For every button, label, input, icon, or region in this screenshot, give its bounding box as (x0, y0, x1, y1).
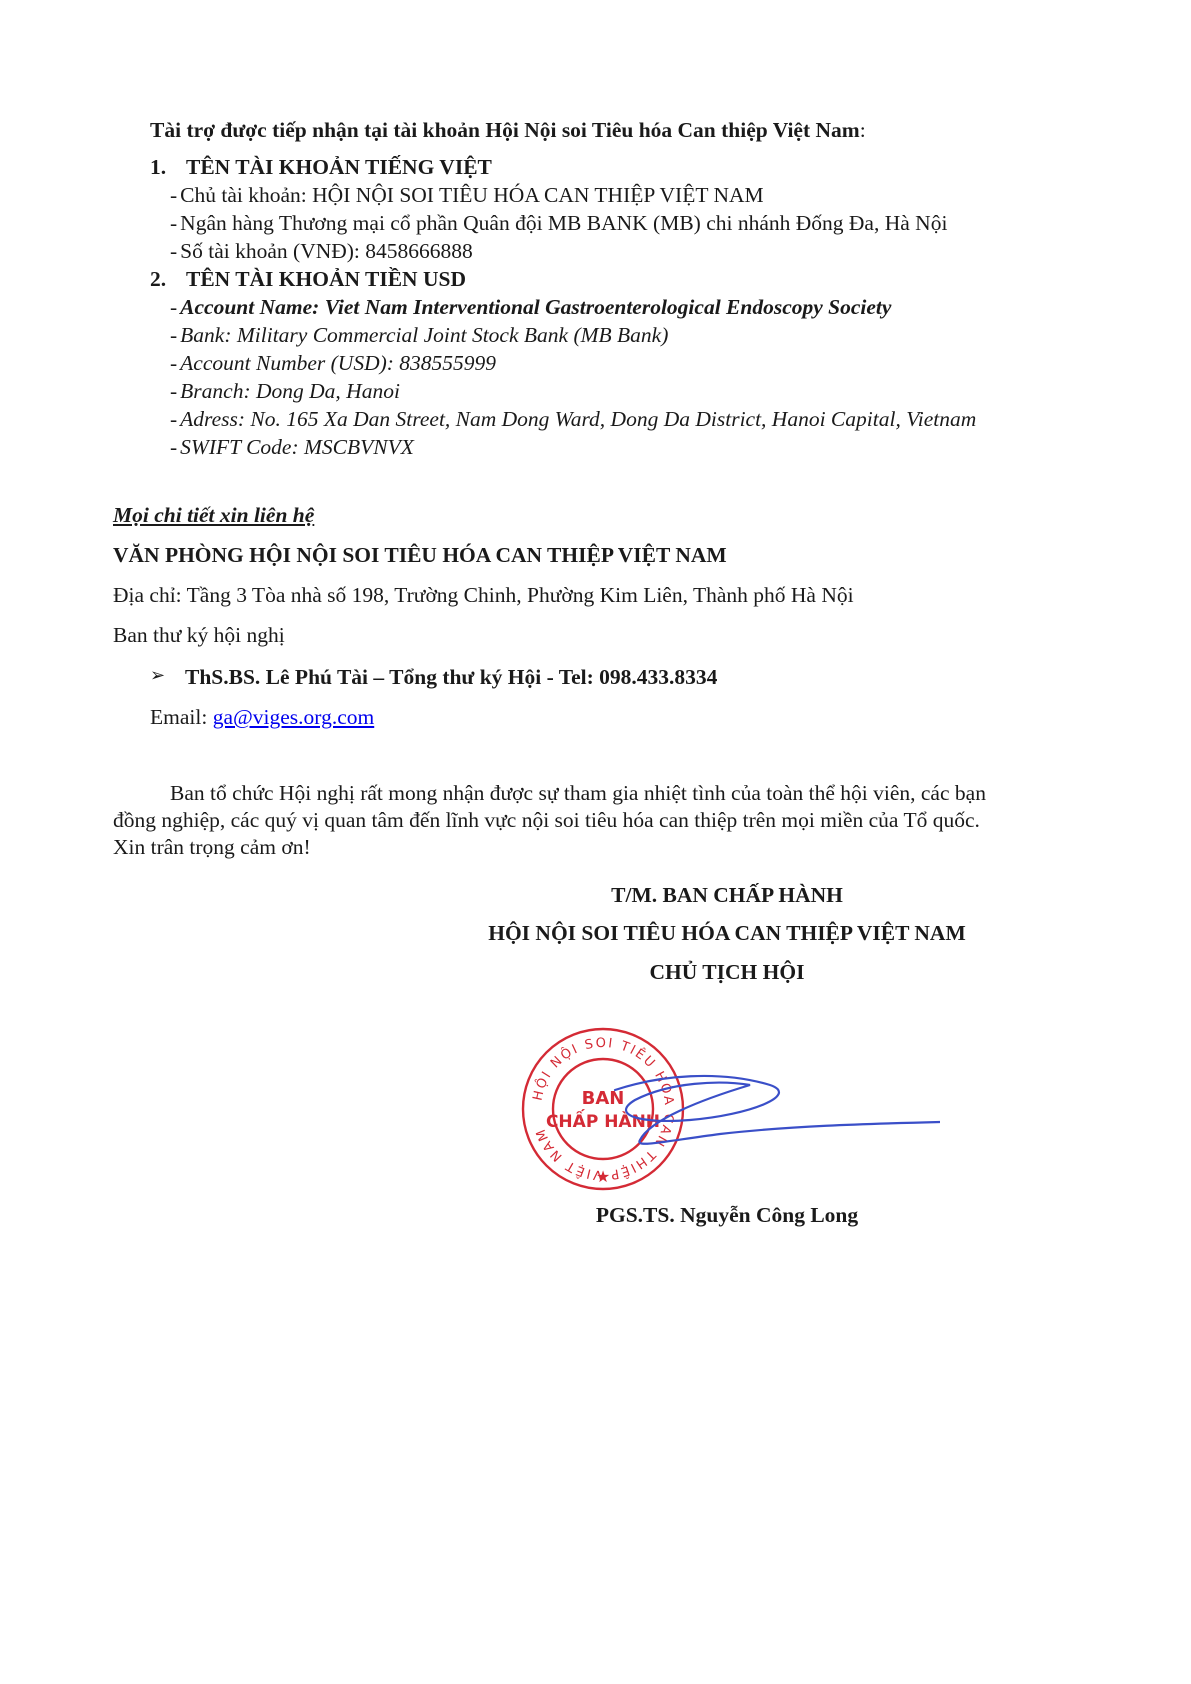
intro-heading: Tài trợ được tiếp nhận tại tài khoản Hội… (150, 117, 866, 143)
signature-title-1: T/M. BAN CHẤP HÀNH (430, 882, 1024, 908)
dash: - (170, 323, 177, 347)
dash: - (170, 407, 177, 431)
signature-title-3: CHỦ TỊCH HỘI (430, 959, 1024, 985)
intro-colon: : (860, 118, 866, 142)
account-1-heading: 1.TÊN TÀI KHOẢN TIẾNG VIỆT (150, 154, 492, 180)
office-address: Địa chỉ: Tầng 3 Tòa nhà số 198, Trường C… (113, 582, 854, 608)
account-2-address-text: Adress: No. 165 Xa Dan Street, Nam Dong … (180, 407, 976, 431)
account-1-owner: -Chủ tài khoản: HỘI NỘI SOI TIÊU HÓA CAN… (170, 182, 764, 208)
email-label: Email: (150, 705, 213, 729)
dash: - (170, 435, 177, 459)
handwritten-signature (600, 1060, 940, 1170)
account-1-bank: -Ngân hàng Thương mại cổ phần Quân đội M… (170, 210, 947, 236)
account-1-number: 1. (150, 154, 186, 180)
account-2-account-number-text: Account Number (USD): 838555999 (180, 351, 496, 375)
account-1-number-vnd: -Số tài khoản (VNĐ): 8458666888 (170, 238, 473, 264)
account-2-title: TÊN TÀI KHOẢN TIỀN USD (186, 267, 466, 291)
office-name: VĂN PHÒNG HỘI NỘI SOI TIÊU HÓA CAN THIỆP… (113, 542, 727, 568)
seal-star-icon: ★ (596, 1169, 610, 1186)
account-1-title: TÊN TÀI KHOẢN TIẾNG VIỆT (186, 155, 492, 179)
contact-email-line: Email: ga@viges.org.com (150, 704, 374, 730)
account-2-swift: -SWIFT Code: MSCBVNVX (170, 434, 414, 460)
account-2-swift-text: SWIFT Code: MSCBVNVX (180, 435, 414, 459)
account-2-branch-text: Branch: Dong Da, Hanoi (180, 379, 400, 403)
dash: - (170, 211, 177, 235)
closing-line-1: Ban tổ chức Hội nghị rất mong nhận được … (170, 780, 986, 806)
account-2-number: 2. (150, 266, 186, 292)
dash: - (170, 239, 177, 263)
account-2-heading: 2.TÊN TÀI KHOẢN TIỀN USD (150, 266, 466, 292)
closing-line-3: Xin trân trọng cảm ơn! (113, 834, 311, 860)
arrow-bullet-icon: ➢ (150, 665, 165, 686)
account-1-bank-text: Ngân hàng Thương mại cổ phần Quân đội MB… (180, 211, 947, 235)
account-1-number-text: Số tài khoản (VNĐ): 8458666888 (180, 239, 473, 263)
signer-name: PGS.TS. Nguyễn Công Long (430, 1202, 1024, 1228)
secretariat-label: Ban thư ký hội nghị (113, 622, 285, 648)
contact-heading: Mọi chi tiết xin liên hệ (113, 502, 314, 528)
account-2-name-text: Account Name: Viet Nam Interventional Ga… (180, 295, 891, 319)
signature-title-2: HỘI NỘI SOI TIÊU HÓA CAN THIỆP VIỆT NAM (430, 920, 1024, 946)
account-2-address: -Adress: No. 165 Xa Dan Street, Nam Dong… (170, 406, 976, 432)
account-2-name: -Account Name: Viet Nam Interventional G… (170, 294, 891, 320)
email-link[interactable]: ga@viges.org.com (213, 705, 375, 729)
intro-text: Tài trợ được tiếp nhận tại tài khoản Hội… (150, 118, 860, 142)
dash: - (170, 351, 177, 375)
dash: - (170, 295, 177, 319)
dash: - (170, 183, 177, 207)
account-1-owner-text: Chủ tài khoản: HỘI NỘI SOI TIÊU HÓA CAN … (180, 183, 763, 207)
contact-person: ThS.BS. Lê Phú Tài – Tổng thư ký Hội - T… (185, 664, 717, 690)
dash: - (170, 379, 177, 403)
account-2-bank-text: Bank: Military Commercial Joint Stock Ba… (180, 323, 668, 347)
account-2-account-number: -Account Number (USD): 838555999 (170, 350, 496, 376)
account-2-branch: -Branch: Dong Da, Hanoi (170, 378, 400, 404)
closing-line-2: đồng nghiệp, các quý vị quan tâm đến lĩn… (113, 807, 980, 833)
account-2-bank: -Bank: Military Commercial Joint Stock B… (170, 322, 668, 348)
